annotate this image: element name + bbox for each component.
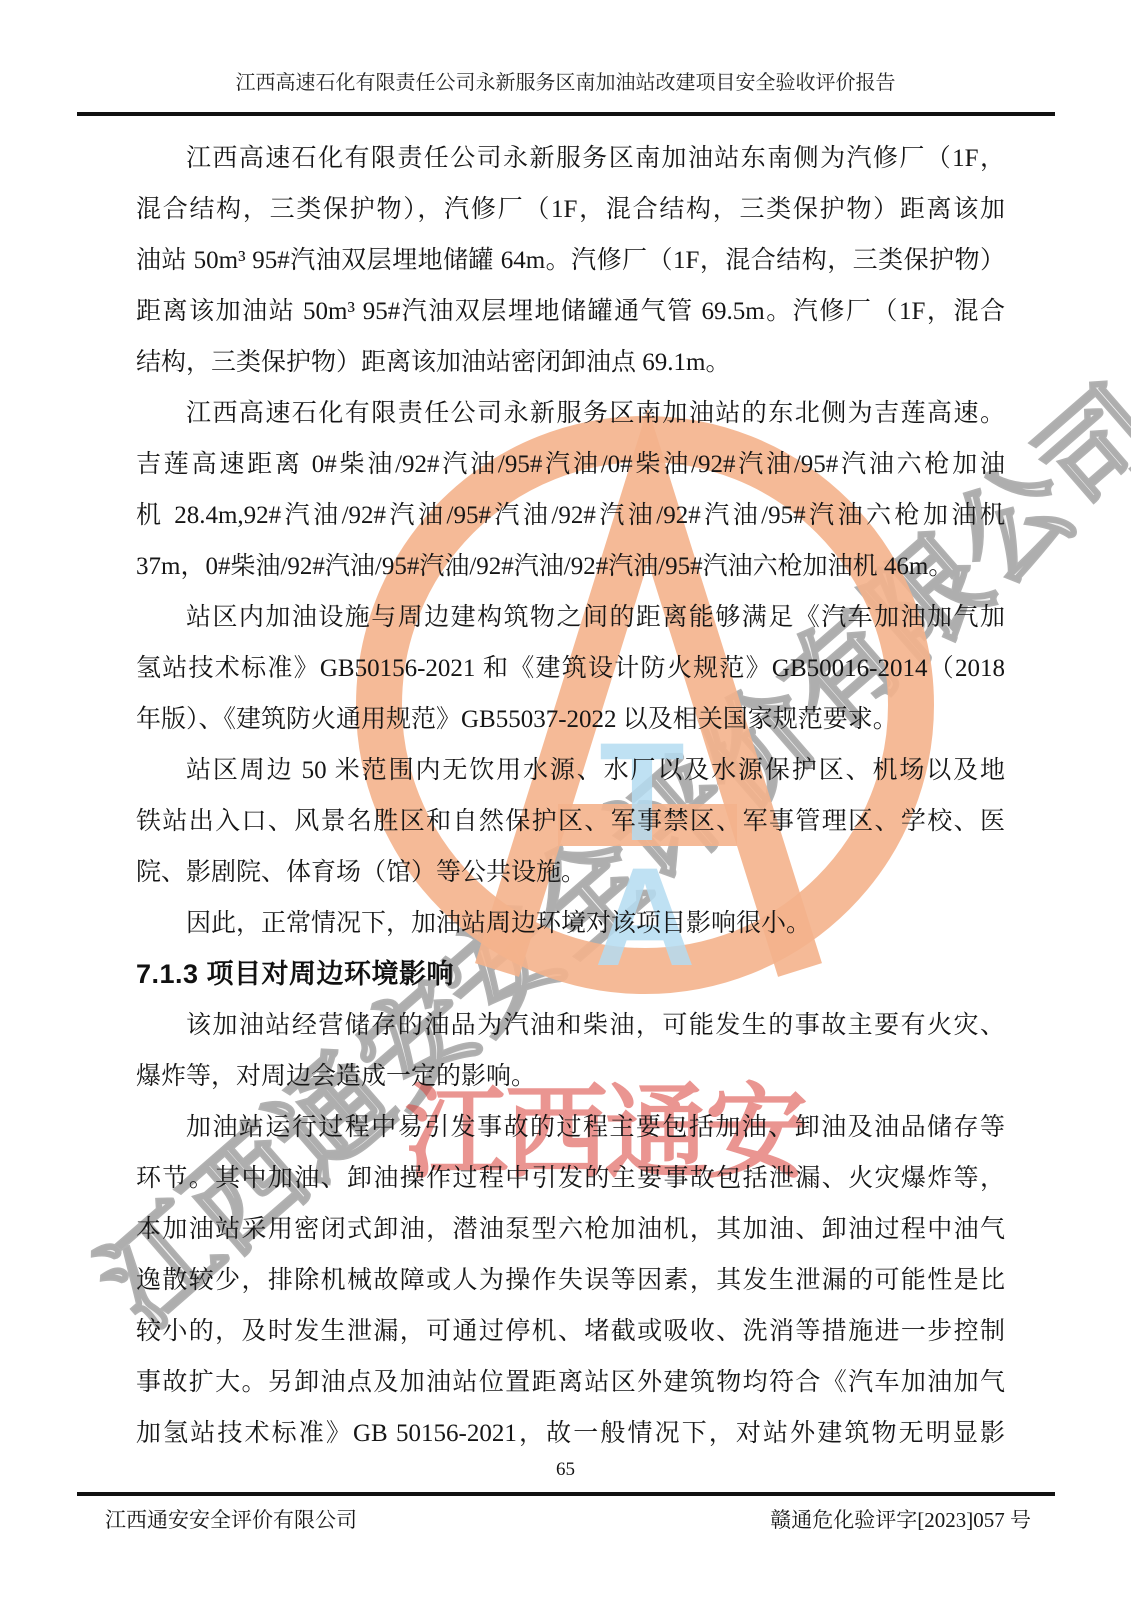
paragraph-line: 较小的，及时发生泄漏，可通过停机、堵截或吸收、洗消等措施进一步控制 [136,1306,1005,1357]
paragraph-line: 加氢站技术标准》GB 50156-2021，故一般情况下，对站外建筑物无明显影 [136,1408,1005,1459]
header-rule [77,112,1055,116]
footer-document-number: 赣通危化验评字[2023]057 号 [770,1504,1031,1534]
paragraph-line: 江西高速石化有限责任公司永新服务区南加油站东南侧为汽修厂（1F， [136,133,1005,184]
paragraph-line: 机 28.4m,92#汽油/92#汽油/95#汽油/92#汽油/92#汽油/95… [136,490,1005,541]
paragraph-line: 院、影剧院、体育场（馆）等公共设施。 [136,847,1005,898]
section-heading: 7.1.3 项目对周边环境影响 [136,949,1005,1000]
paragraph-line: 站区内加油设施与周边建构筑物之间的距离能够满足《汽车加油加气加 [136,592,1005,643]
paragraph-line: 事故扩大。另卸油点及加油站位置距离站区外建筑物均符合《汽车加油加气 [136,1357,1005,1408]
paragraph-line: 37m，0#柴油/92#汽油/95#汽油/92#汽油/92#汽油/95#汽油六枪… [136,541,1005,592]
footer-company-name: 江西通安安全评价有限公司 [105,1504,357,1534]
document-page: 江西通安安全评价有限公司 T A 江西通安 江西高速石化有限责任公司永新服务区南… [0,0,1131,1600]
paragraph-line: 铁站出入口、风景名胜区和自然保护区、军事禁区、军事管理区、学校、医 [136,796,1005,847]
paragraph-line: 结构，三类保护物）距离该加油站密闭卸油点 69.1m。 [136,337,1005,388]
paragraph-line: 该加油站经营储存的油品为汽油和柴油，可能发生的事故主要有火灾、 [136,1000,1005,1051]
paragraph-line: 逸散较少，排除机械故障或人为操作失误等因素，其发生泄漏的可能性是比 [136,1255,1005,1306]
page-header-title: 江西高速石化有限责任公司永新服务区南加油站改建项目安全验收评价报告 [0,66,1131,95]
paragraph-line: 环节。其中加油、卸油操作过程中引发的主要事故包括泄漏、火灾爆炸等， [136,1153,1005,1204]
paragraph-line: 因此，正常情况下，加油站周边环境对该项目影响很小。 [136,898,1005,949]
body-text: 江西高速石化有限责任公司永新服务区南加油站东南侧为汽修厂（1F，混合结构，三类保… [136,133,1005,1459]
paragraph-line: 江西高速石化有限责任公司永新服务区南加油站的东北侧为吉莲高速。 [136,388,1005,439]
paragraph-line: 吉莲高速距离 0#柴油/92#汽油/95#汽油/0#柴油/92#汽油/95#汽油… [136,439,1005,490]
paragraph-line: 氢站技术标准》GB50156-2021 和《建筑设计防火规范》GB50016-2… [136,643,1005,694]
paragraph-line: 爆炸等，对周边会造成一定的影响。 [136,1051,1005,1102]
paragraph-line: 本加油站采用密闭式卸油，潜油泵型六枪加油机，其加油、卸油过程中油气 [136,1204,1005,1255]
paragraph-line: 年版）、《建筑防火通用规范》GB55037-2022 以及相关国家规范要求。 [136,694,1005,745]
paragraph-line: 加油站运行过程中易引发事故的过程主要包括加油、卸油及油品储存等 [136,1102,1005,1153]
footer-rule [77,1492,1055,1496]
paragraph-line: 站区周边 50 米范围内无饮用水源、水厂以及水源保护区、机场以及地 [136,745,1005,796]
paragraph-line: 距离该加油站 50m³ 95#汽油双层埋地储罐通气管 69.5m。汽修厂（1F，… [136,286,1005,337]
page-number: 65 [0,1459,1131,1481]
paragraph-line: 混合结构，三类保护物），汽修厂（1F，混合结构，三类保护物）距离该加 [136,184,1005,235]
paragraph-line: 油站 50m³ 95#汽油双层埋地储罐 64m。汽修厂（1F，混合结构，三类保护… [136,235,1005,286]
